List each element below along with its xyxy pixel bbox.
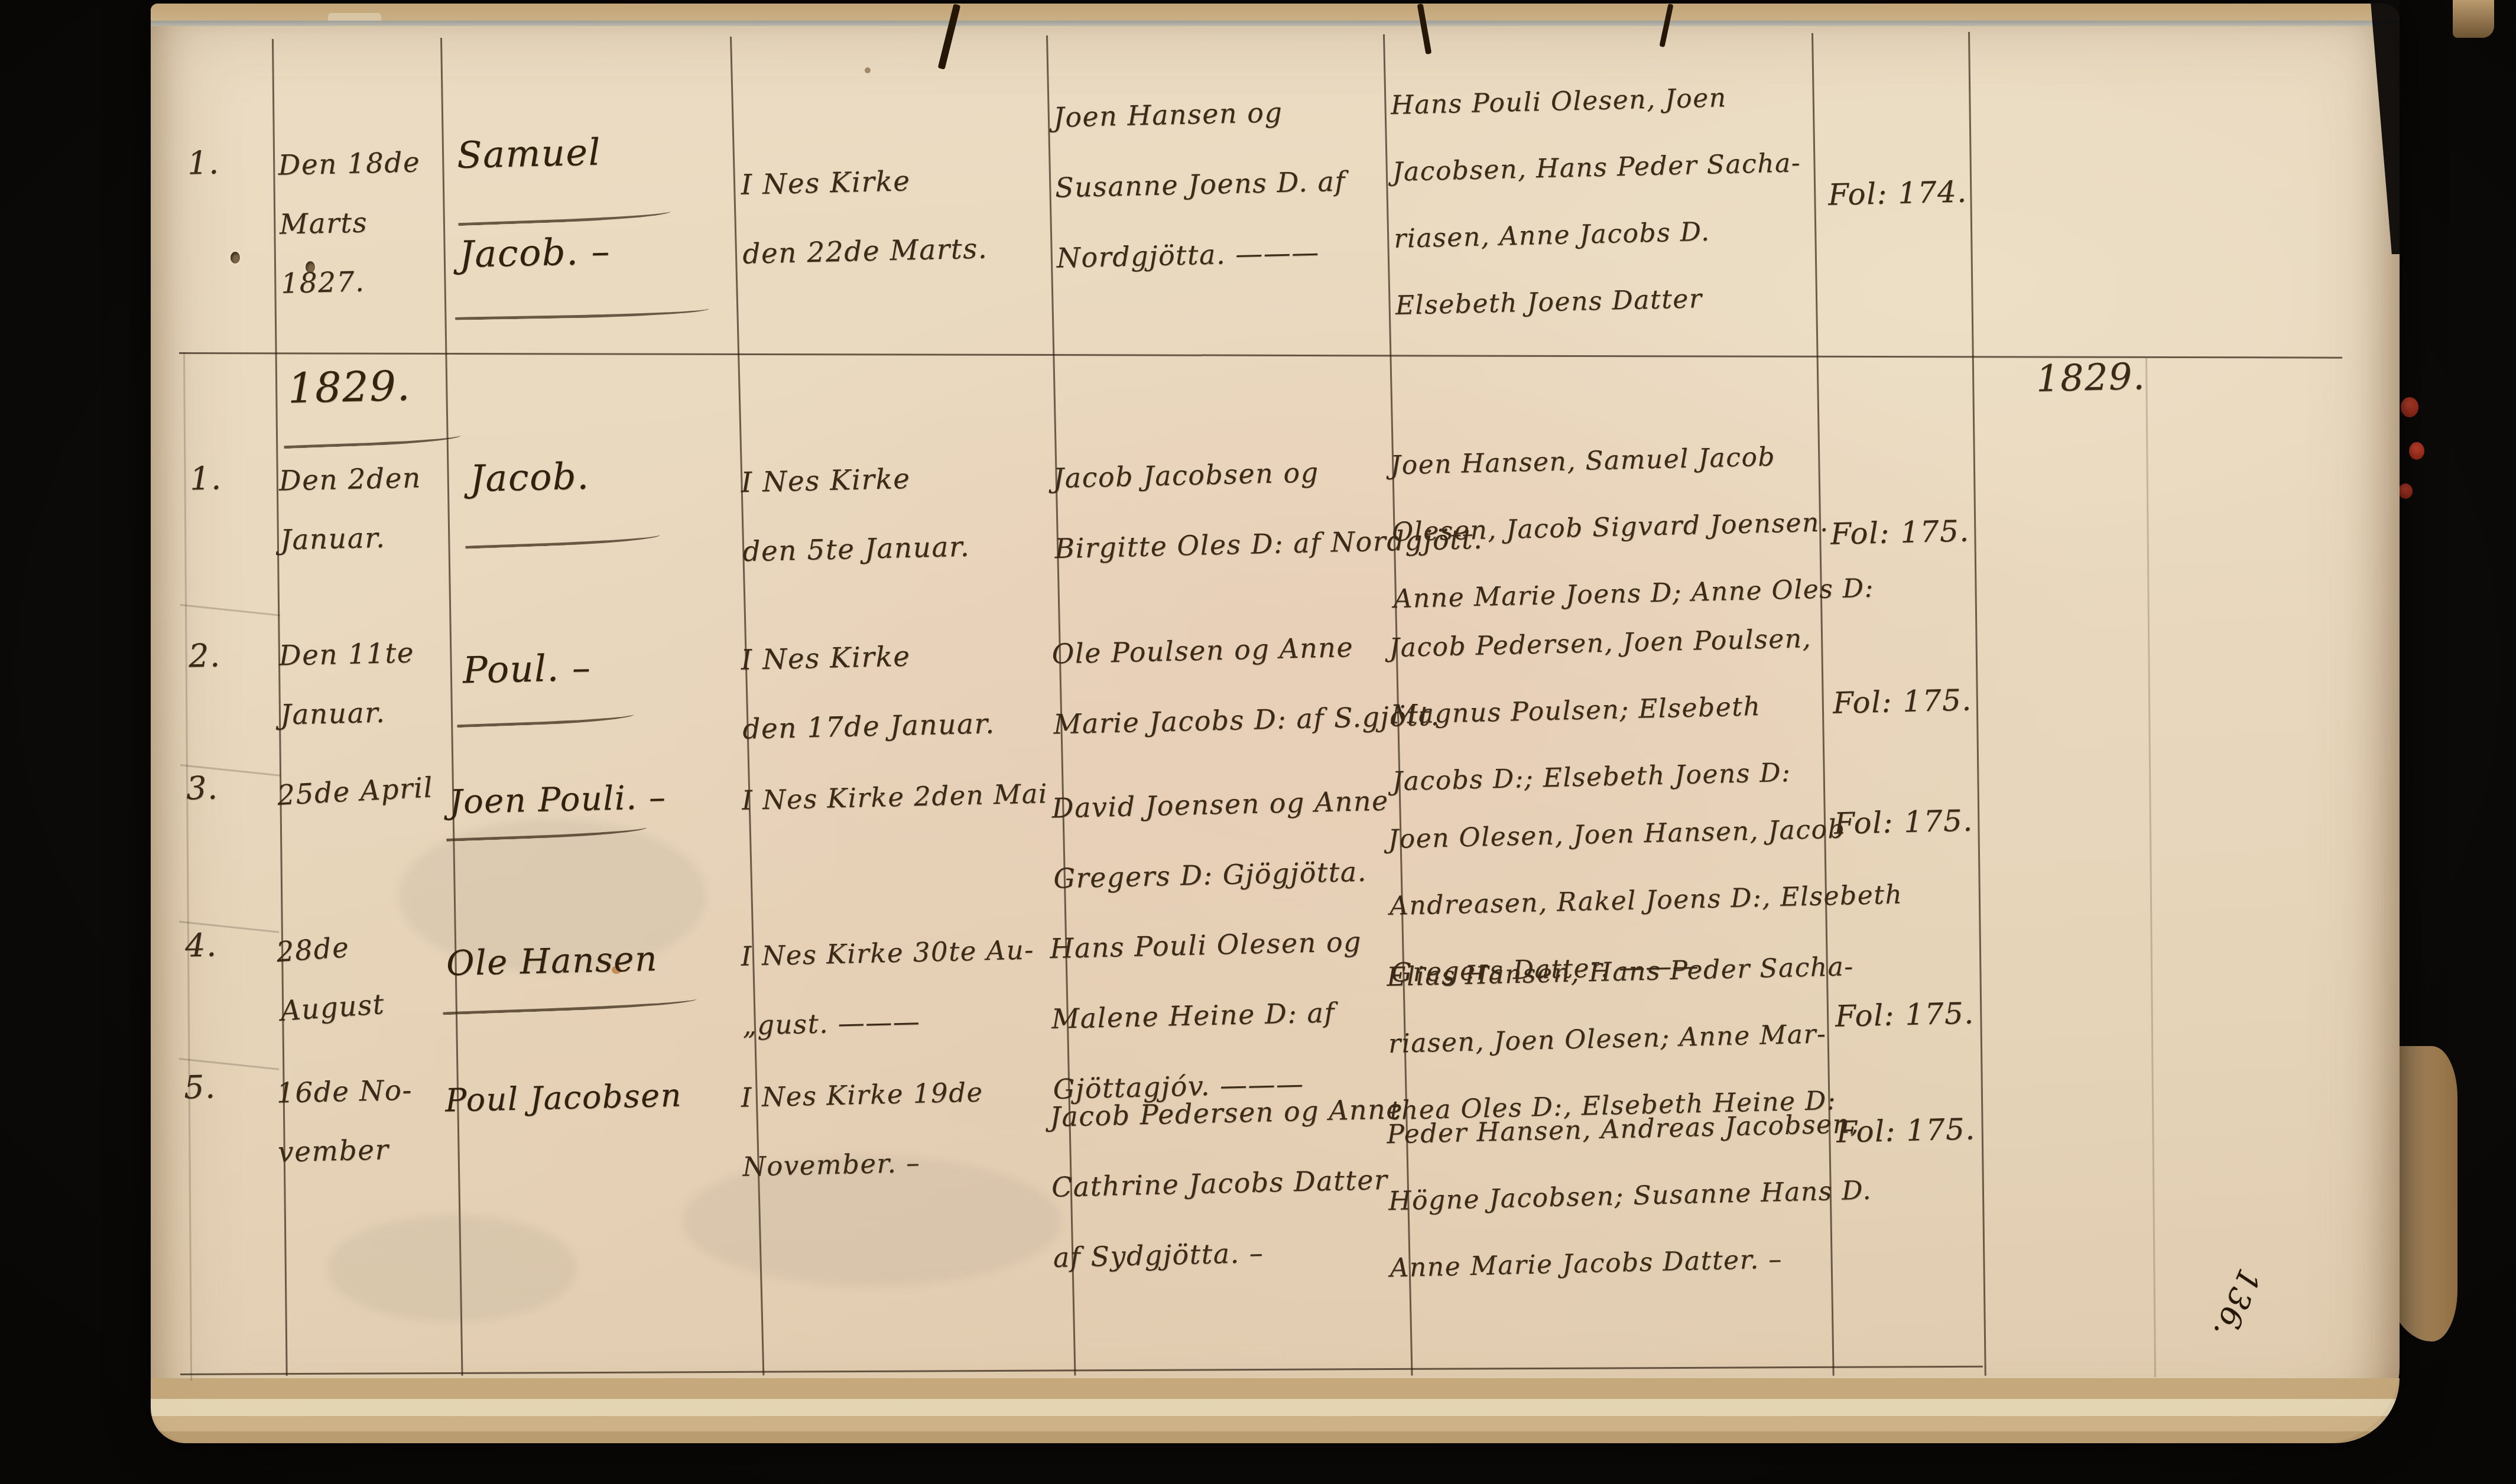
entry-number: 4. (184, 926, 217, 964)
red-edge-spot (2398, 483, 2413, 499)
entry-number: 1. (189, 459, 222, 497)
parents: Joen Hansen og Susanne Joens D. af Nordg… (1053, 76, 1348, 293)
entry-number: 1. (187, 144, 220, 181)
child-name: Samuel Jacob. – (456, 102, 612, 304)
red-edge-spot (2401, 397, 2418, 417)
name-underline (465, 535, 660, 549)
table-rule-horizontal (180, 1366, 1983, 1375)
table-rule-vertical-faint (2145, 358, 2156, 1377)
year-annotation: 1829. (2035, 355, 2146, 400)
year-heading: 1829. (287, 362, 411, 413)
folio-ref: Fol: 175. (1830, 514, 1970, 551)
entry-number: 2. (188, 637, 221, 674)
name-underline (457, 715, 634, 728)
paper-hole (231, 252, 240, 264)
register-scan: 1. Den 18de Marts 1827. Samuel Jacob. – … (0, 0, 2516, 1484)
sponsors: Joen Hansen, Samuel Jacob Olesen, Jacob … (1390, 421, 1875, 632)
entry-date: 28de August (274, 916, 387, 1041)
child-name: Ole Hansen (446, 923, 658, 999)
entry-number: 5. (183, 1068, 216, 1106)
page-bottom-edge (151, 1378, 2400, 1443)
table-rule-horizontal (179, 352, 2342, 359)
entry-date: 25de April (276, 758, 435, 826)
name-underline (443, 999, 697, 1015)
show-through (328, 1215, 576, 1321)
sponsors: Jacob Pedersen, Joen Poulsen, Magnus Pou… (1388, 605, 1815, 815)
child-name: Poul. – (462, 632, 592, 706)
baptism-church: I Nes Kirke den 17de Januar. (740, 620, 996, 764)
entry-date: Den 2den Januar. (278, 449, 423, 570)
year-underline (284, 436, 461, 449)
folio-ref: Fol: 175. (1836, 1112, 1976, 1149)
page-stack-edge (2453, 0, 2494, 38)
name-underline (455, 309, 709, 320)
entry-date: Den 11te Januar. (278, 624, 417, 745)
paper-stain (865, 67, 871, 73)
entry-date: Den 18de Marts 1827. (278, 133, 424, 313)
entry-number: 3. (186, 769, 219, 807)
sponsors: Hans Pouli Olesen, Joen Jacobsen, Hans P… (1390, 63, 1805, 339)
page-top-edge (151, 4, 2400, 21)
folio-ref: Fol: 175. (1835, 996, 1975, 1033)
child-name: Jacob. (469, 441, 590, 515)
baptism-church: I Nes Kirke den 22de Marts. (740, 145, 988, 288)
sponsors: Peder Hansen, Andreas Jacobsen, Högne Ja… (1386, 1090, 1874, 1301)
child-name: Joen Pouli. – (449, 762, 667, 838)
baptism-church: I Nes Kirke 19de November. – (740, 1057, 985, 1201)
entry-date: 16de No- vember (276, 1061, 414, 1182)
parents: Ole Poulsen og Anne Marie Jacobs D: af S… (1051, 611, 1440, 760)
baptism-church: I Nes Kirke 30te Au- „gust. ——— (740, 915, 1036, 1060)
folio-ref: Fol: 174. (1827, 174, 1968, 212)
red-edge-spot (2409, 442, 2424, 460)
register-page: 1. Den 18de Marts 1827. Samuel Jacob. – … (151, 4, 2400, 1443)
row-divider-mark (180, 604, 280, 616)
page-number: 136. (2206, 1264, 2267, 1344)
parents: David Joensen og Anne Gregers D: Gjögjöt… (1051, 766, 1391, 914)
folio-ref: Fol: 175. (1832, 683, 1972, 720)
table-rule-vertical (183, 352, 192, 1381)
parents: Jacob Pedersen og Anne Cathrine Jacobs D… (1049, 1074, 1407, 1293)
baptism-church: I Nes Kirke 2den Mai (741, 759, 1048, 835)
page-fold-line (151, 21, 2400, 26)
child-name: Poul Jacobsen (444, 1060, 683, 1136)
folio-ref: Fol: 175. (1833, 803, 1973, 840)
baptism-church: I Nes Kirke den 5te Januar. (740, 443, 970, 587)
